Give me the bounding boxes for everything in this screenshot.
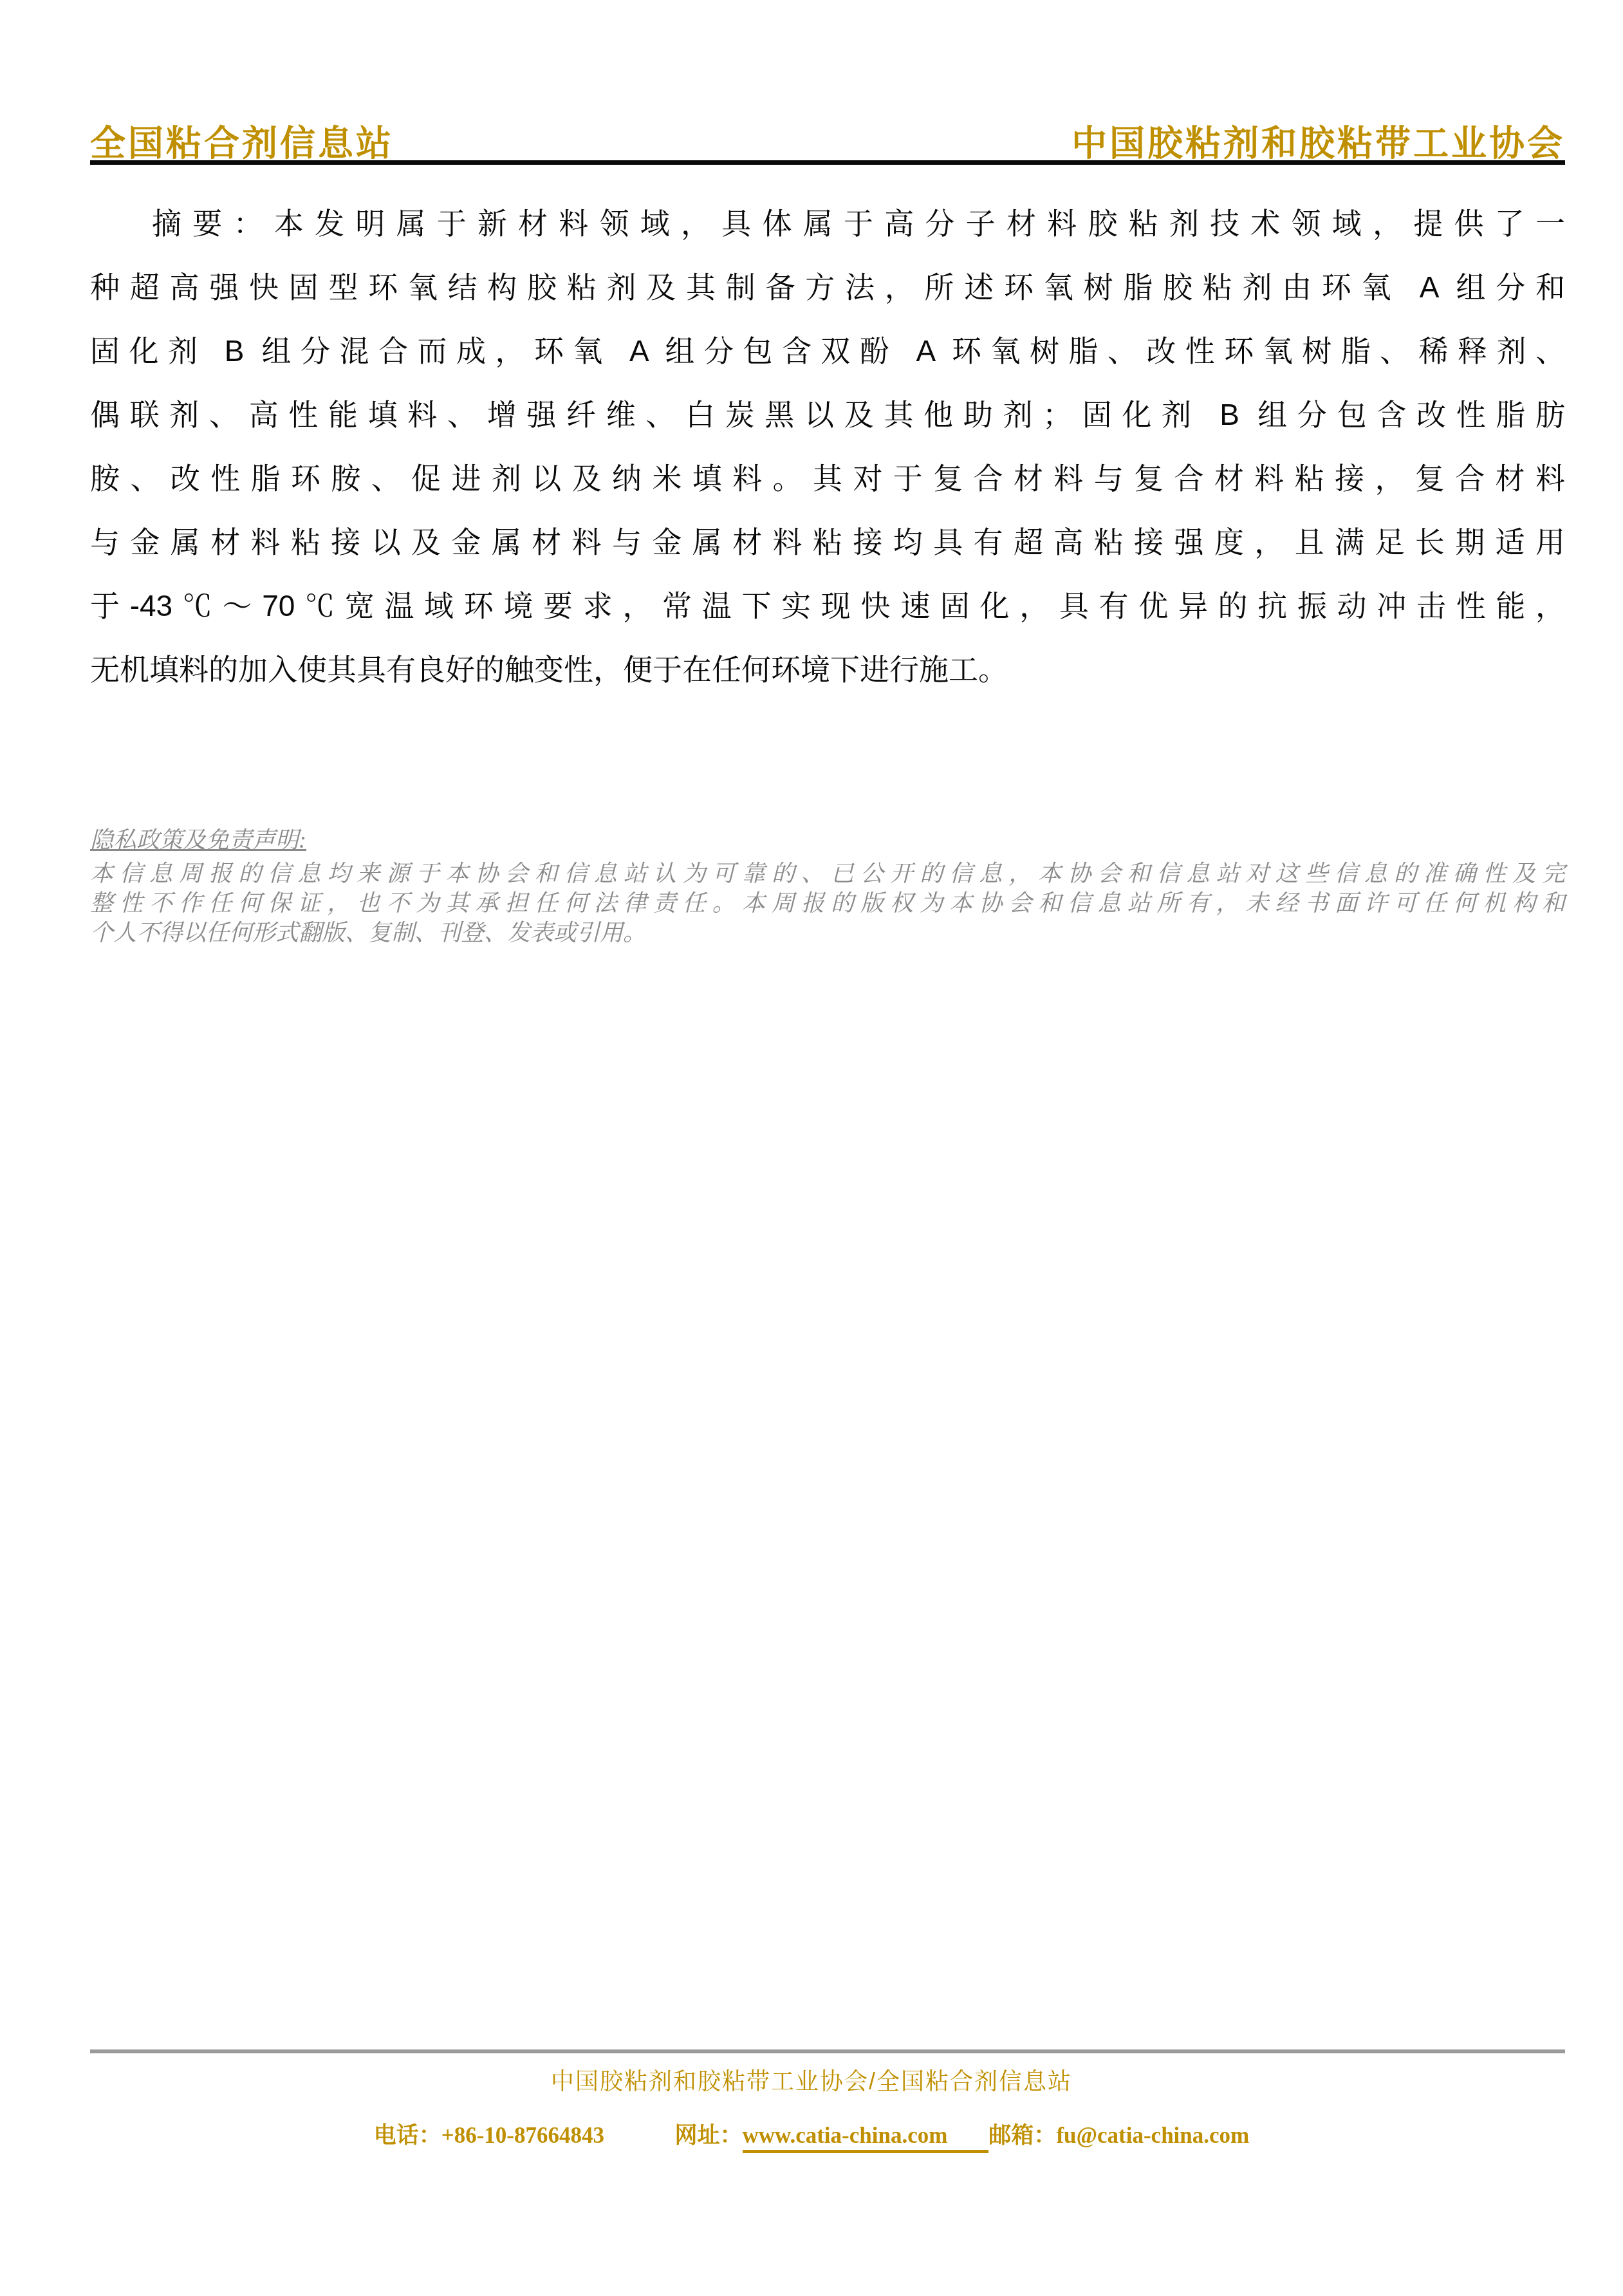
- abstract-paragraph: 摘要：本发明属于新材料领域，具体属于高分子材料胶粘剂技术领域，提供了一 种超高强…: [90, 192, 1565, 702]
- abstract-line: 摘要：本发明属于新材料领域，具体属于高分子材料胶粘剂技术领域，提供了一: [90, 192, 1565, 256]
- website-underline: www.catia-china.com: [743, 2123, 989, 2153]
- abstract-line: 种超高强快固型环氧结构胶粘剂及其制备方法，所述环氧树脂胶粘剂由环氧 A 组分和: [90, 256, 1565, 319]
- footer-phone: 电话：+86-10-87664843: [374, 2123, 604, 2148]
- disclaimer-body: 本信息周报的信息均来源于本协会和信息站认为可靠的、已公开的信息，本协会和信息站对…: [90, 859, 1565, 947]
- email-label: 邮箱：: [988, 2123, 1056, 2148]
- abstract-line: 固化剂 B 组分混合而成，环氧 A 组分包含双酚 A 环氧树脂、改性环氧树脂、稀…: [90, 319, 1565, 383]
- disclaimer-line: 本信息周报的信息均来源于本协会和信息站认为可靠的、已公开的信息，本协会和信息站对…: [90, 859, 1565, 888]
- website-label: 网址：: [674, 2123, 742, 2148]
- document-page: 全国粘合剂信息站 中国胶粘剂和胶粘带工业协会 摘要：本发明属于新材料领域，具体属…: [0, 0, 1623, 2296]
- footer-divider: [90, 2049, 1565, 2053]
- abstract-line: 与金属材料粘接以及金属材料与金属材料粘接均具有超高粘接强度，且满足长期适用: [90, 510, 1565, 574]
- phone-label: 电话：: [374, 2123, 441, 2148]
- disclaimer-section: 隐私政策及免责声明: 本信息周报的信息均来源于本协会和信息站认为可靠的、已公开的…: [90, 825, 1565, 947]
- disclaimer-line: 整性不作任何保证，也不为其承担任何法律责任。本周报的版权为本协会和信息站所有，未…: [90, 888, 1565, 918]
- header-divider: [90, 160, 1565, 165]
- footer-organization-line: 中国胶粘剂和胶粘带工业协会/全国粘合剂信息站: [0, 2064, 1623, 2096]
- footer-website: 网址：www.catia-china.com邮箱：fu@catia-china.…: [674, 2123, 1249, 2148]
- abstract-line: 偶联剂、高性能填料、增强纤维、白炭黑以及其他助剂；固化剂 B 组分包含改性脂肪: [90, 383, 1565, 447]
- header-right-title: 中国胶粘剂和胶粘带工业协会: [1071, 115, 1565, 165]
- email-address: fu@catia-china.com: [1056, 2123, 1249, 2148]
- abstract-line: 无机填料的加入使其具有良好的触变性，便于在任何环境下进行施工。: [90, 638, 1565, 702]
- header-left-title: 全国粘合剂信息站: [90, 115, 394, 165]
- abstract-line: 于-43℃～70℃宽温域环境要求，常温下实现快速固化，具有优异的抗振动冲击性能，: [90, 574, 1565, 638]
- footer-contact-line: 电话：+86-10-87664843 网址：www.catia-china.co…: [0, 2118, 1623, 2153]
- page-header: 全国粘合剂信息站 中国胶粘剂和胶粘带工业协会: [90, 115, 1565, 165]
- phone-number: +86-10-87664843: [441, 2123, 604, 2148]
- disclaimer-line: 个人不得以任何形式翻版、复制、刊登、发表或引用。: [90, 918, 1565, 947]
- website-link[interactable]: www.catia-china.com: [743, 2123, 948, 2148]
- disclaimer-title: 隐私政策及免责声明:: [90, 825, 306, 855]
- abstract-line: 胺、改性脂环胺、促进剂以及纳米填料。其对于复合材料与复合材料粘接，复合材料: [90, 447, 1565, 510]
